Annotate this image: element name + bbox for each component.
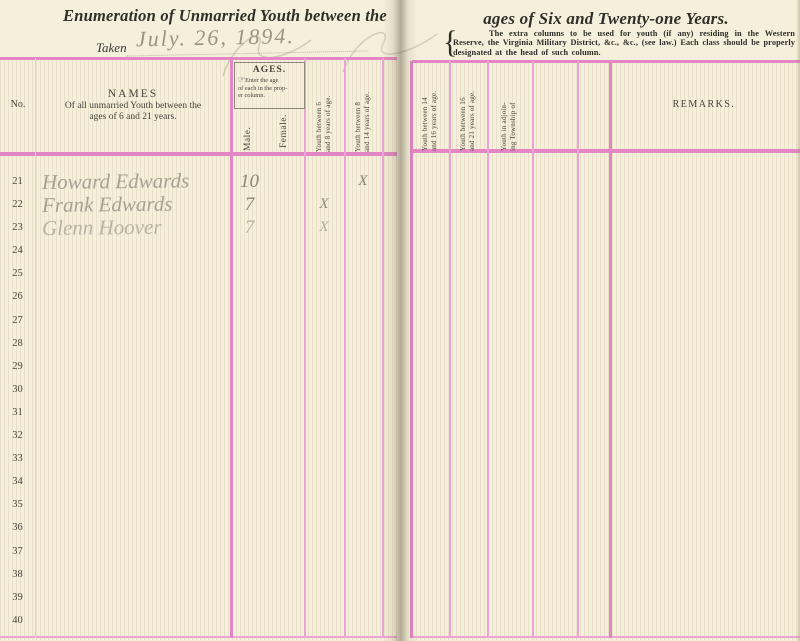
ages-note-text: Enter the age of each in the prop- er co…: [238, 77, 287, 99]
table-row: 35: [0, 493, 397, 516]
table-row: 25: [0, 262, 397, 285]
name-handwriting: [42, 308, 230, 333]
table-row: 39: [0, 586, 397, 609]
ages-header-note: ☞Enter the age of each in the prop- er c…: [238, 76, 302, 100]
youth-6-8-mark: [304, 239, 344, 262]
youth-6-8-mark: [304, 424, 344, 447]
name-handwriting: [42, 377, 230, 402]
rule-bottom-right: [412, 636, 800, 638]
row-number: 28: [0, 332, 35, 355]
row-number: 39: [0, 586, 35, 609]
table-row: 23 Glenn Hoover 7 X: [0, 216, 397, 239]
names-header-subtitle: Of all unmarried Youth between the ages …: [36, 101, 230, 123]
ages-header-box: AGES. ☞Enter the age of each in the prop…: [234, 62, 305, 109]
youth-6-8-mark: [304, 470, 344, 493]
row-number: 33: [0, 447, 35, 470]
youth-6-8-mark: [304, 609, 344, 632]
row-number: 25: [0, 262, 35, 285]
youth-8-14-mark: [344, 401, 382, 424]
table-row: 22 Frank Edwards 7 X: [0, 193, 397, 216]
rows-left: 21 Howard Edwards 10 X 22 Frank Edwards …: [0, 170, 397, 632]
table-row: 40: [0, 609, 397, 632]
row-number: 21: [0, 170, 35, 193]
table-row: 28: [0, 332, 397, 355]
rule-youth1621-right: [487, 61, 489, 638]
youth-6-8-mark: [304, 285, 344, 308]
taken-date-handwriting: July. 26, 1894.: [126, 21, 369, 56]
table-row: 29: [0, 355, 397, 378]
table-row: 21 Howard Edwards 10 X: [0, 170, 397, 193]
male-age-handwriting: [231, 378, 268, 401]
male-age-handwriting: [231, 563, 268, 586]
male-age-handwriting: 7: [231, 193, 268, 216]
row-number: 27: [0, 309, 35, 332]
name-handwriting: [42, 515, 230, 540]
row-number: 38: [0, 563, 35, 586]
row-number: 24: [0, 239, 35, 262]
youth-8-14-mark: [344, 563, 382, 586]
name-handwriting: Frank Edwards: [42, 192, 230, 217]
male-age-handwriting: 10: [231, 170, 268, 193]
rule-right-page-left-edge: [410, 61, 413, 638]
male-age-handwriting: 7: [231, 216, 268, 239]
youth-6-8-column-label: Youth between 6 and 8 years of age.: [315, 60, 333, 152]
row-number: 35: [0, 493, 35, 516]
rule-youth1416-right: [449, 61, 451, 638]
youth-8-14-mark: [344, 332, 382, 355]
instructions-text: The extra columns to be used for youth (…: [453, 29, 795, 57]
rule-header-bottom-left: [0, 152, 397, 156]
male-age-handwriting: [231, 470, 268, 493]
row-number: 34: [0, 470, 35, 493]
row-number: 32: [0, 424, 35, 447]
name-handwriting: [42, 492, 230, 517]
table-row: 32: [0, 424, 397, 447]
name-handwriting: Howard Edwards: [42, 169, 230, 194]
male-age-handwriting: [231, 586, 268, 609]
rule-bottom-left: [0, 636, 397, 638]
youth-8-14-mark: [344, 239, 382, 262]
rule-top-left: [0, 57, 397, 60]
name-handwriting: [42, 585, 230, 610]
youth-8-14-mark: [344, 193, 382, 216]
youth-6-8-mark: [304, 401, 344, 424]
youth-8-14-mark: X: [344, 170, 382, 193]
table-row: 27: [0, 309, 397, 332]
youth-6-8-mark: [304, 332, 344, 355]
name-handwriting: [42, 446, 230, 471]
male-age-handwriting: [231, 609, 268, 632]
youth-8-14-mark: [344, 216, 382, 239]
row-number: 30: [0, 378, 35, 401]
ages-header-title: AGES.: [235, 65, 304, 75]
table-row: 38: [0, 563, 397, 586]
names-header-title: NAMES: [36, 88, 230, 100]
male-age-handwriting: [231, 332, 268, 355]
row-number: 36: [0, 516, 35, 539]
youth-6-8-mark: [304, 516, 344, 539]
row-number: 23: [0, 216, 35, 239]
male-age-handwriting: [231, 355, 268, 378]
name-handwriting: Glenn Hoover: [42, 215, 230, 240]
page-right-edge: [796, 0, 800, 641]
youth-6-8-mark: [304, 170, 344, 193]
name-handwriting: [42, 284, 230, 309]
youth-14-16-column-label: Youth between 14 and 16 years of age.: [421, 59, 439, 151]
youth-8-14-mark: [344, 262, 382, 285]
youth-8-14-mark: [344, 609, 382, 632]
rule-extra-column: [577, 61, 579, 638]
youth-8-14-mark: [344, 493, 382, 516]
male-age-handwriting: [231, 239, 268, 262]
table-row: 26: [0, 285, 397, 308]
youth-8-14-mark: [344, 378, 382, 401]
name-handwriting: [42, 562, 230, 587]
youth-8-14-mark: [344, 447, 382, 470]
table-row: 36: [0, 516, 397, 539]
table-row: 30: [0, 378, 397, 401]
youth-6-8-mark: X: [304, 216, 344, 239]
youth-8-14-mark: [344, 516, 382, 539]
row-number: 37: [0, 540, 35, 563]
male-age-handwriting: [231, 447, 268, 470]
name-handwriting: [42, 331, 230, 356]
no-column-header: No.: [0, 99, 36, 110]
youth-6-8-mark: [304, 262, 344, 285]
name-handwriting: [42, 261, 230, 286]
youth-6-8-mark: [304, 563, 344, 586]
youth-8-14-mark: [344, 586, 382, 609]
table-row: 31: [0, 401, 397, 424]
male-age-handwriting: [231, 285, 268, 308]
names-column-header: NAMES Of all unmarried Youth between the…: [36, 88, 230, 123]
youth-6-8-mark: [304, 493, 344, 516]
page-title-right: ages of Six and Twenty-one Years.: [436, 9, 776, 29]
rule-adjoining-right: [532, 61, 534, 638]
youth-8-14-mark: [344, 285, 382, 308]
male-age-handwriting: [231, 540, 268, 563]
youth-6-8-mark: [304, 540, 344, 563]
ledger-scan: Enumeration of Unmarried Youth between t…: [0, 0, 800, 641]
male-age-handwriting: [231, 401, 268, 424]
male-age-handwriting: [231, 516, 268, 539]
adjoining-township-column-label: Youth in adjoin- ing Township of: [500, 59, 518, 151]
male-column-label: Male.: [243, 105, 255, 151]
table-row: 34: [0, 470, 397, 493]
name-handwriting: [42, 354, 230, 379]
name-handwriting: [42, 469, 230, 494]
female-column-label: Female.: [279, 102, 291, 148]
table-row: 33: [0, 447, 397, 470]
youth-6-8-mark: [304, 309, 344, 332]
table-row: 37: [0, 540, 397, 563]
male-age-handwriting: [231, 424, 268, 447]
table-row: 24: [0, 239, 397, 262]
rule-remarks-left: [609, 61, 612, 638]
youth-8-14-mark: [344, 355, 382, 378]
youth-6-8-mark: [304, 355, 344, 378]
male-age-handwriting: [231, 493, 268, 516]
row-number: 40: [0, 609, 35, 632]
row-number: 31: [0, 401, 35, 424]
name-handwriting: [42, 238, 230, 263]
youth-6-8-mark: X: [304, 193, 344, 216]
youth-8-14-mark: [344, 309, 382, 332]
name-handwriting: [42, 539, 230, 564]
taken-label: Taken: [96, 40, 127, 56]
youth-6-8-mark: [304, 586, 344, 609]
youth-8-14-mark: [344, 470, 382, 493]
row-number: 29: [0, 355, 35, 378]
name-handwriting: [42, 400, 230, 425]
male-age-handwriting: [231, 309, 268, 332]
youth-8-14-mark: [344, 540, 382, 563]
youth-16-21-column-label: Youth between 16 and 21 years of age.: [459, 59, 477, 151]
youth-6-8-mark: [304, 378, 344, 401]
youth-8-14-mark: [344, 424, 382, 447]
male-age-handwriting: [231, 262, 268, 285]
remarks-column-header: REMARKS.: [611, 99, 797, 110]
name-handwriting: [42, 608, 230, 633]
youth-8-14-column-label: Youth between 8 and 14 years of age.: [354, 60, 372, 152]
row-number: 26: [0, 285, 35, 308]
row-number: 22: [0, 193, 35, 216]
youth-6-8-mark: [304, 447, 344, 470]
name-handwriting: [42, 423, 230, 448]
